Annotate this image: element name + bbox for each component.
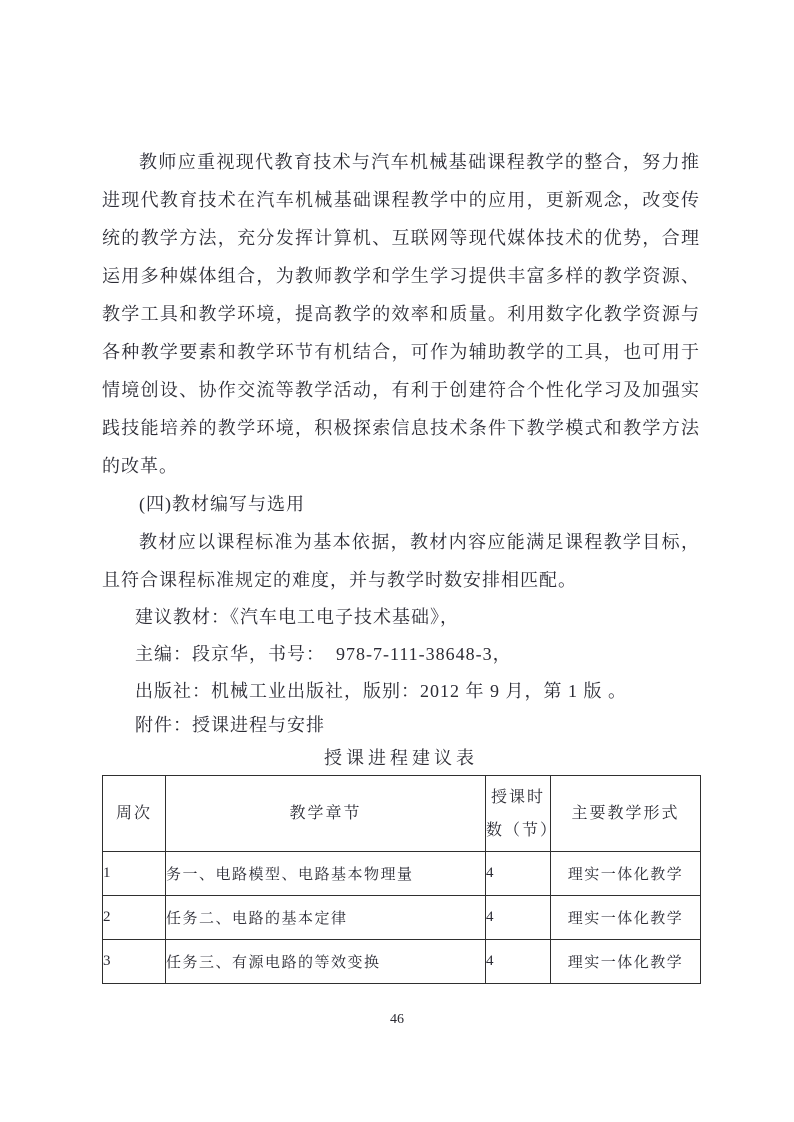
table-header: 周次 教学章节 授课时数（节） 主要教学形式 [103, 776, 701, 852]
table-row: 3 任务三、有源电路的等效变换 4 理实一体化教学 [103, 940, 701, 984]
cell-teaching-form: 理实一体化教学 [551, 852, 701, 896]
line-attachment: 附件：授课进程与安排 [102, 710, 700, 741]
section-heading-textbook-selection: (四)教材编写与选用 [102, 485, 700, 523]
cell-chapter: 务一、电路模型、电路基本物理量 [166, 852, 486, 896]
cell-hours: 4 [486, 896, 551, 940]
paragraph-textbook-basis: 教材应以课程标准为基本依据，教材内容应能满足课程教学目标，且符合课程标准规定的难… [102, 523, 700, 599]
line-publisher-edition: 出版社：机械工业出版社，版别：2012 年 9 月，第 1 版 。 [102, 673, 700, 710]
line-recommended-textbook: 建议教材：《汽车电工电子技术基础》， [102, 599, 700, 636]
col-header-hours: 授课时数（节） [486, 776, 551, 852]
page-number: 46 [0, 1012, 794, 1028]
table-row: 2 任务二、电路的基本定律 4 理实一体化教学 [103, 896, 701, 940]
col-header-teaching-form: 主要教学形式 [551, 776, 701, 852]
cell-teaching-form: 理实一体化教学 [551, 896, 701, 940]
line-editor-isbn: 主编：段京华，书号： 978-7-111-38648-3， [102, 636, 700, 673]
cell-week: 3 [103, 940, 166, 984]
cell-chapter: 任务二、电路的基本定律 [166, 896, 486, 940]
course-schedule-table: 周次 教学章节 授课时数（节） 主要教学形式 1 务一、电路模型、电路基本物理量… [102, 775, 701, 984]
cell-week: 1 [103, 852, 166, 896]
col-header-week: 周次 [103, 776, 166, 852]
cell-hours: 4 [486, 940, 551, 984]
col-header-chapter: 教学章节 [166, 776, 486, 852]
document-page: 教师应重视现代教育技术与汽车机械基础课程教学的整合，努力推进现代教育技术在汽车机… [0, 0, 794, 1122]
table-row: 1 务一、电路模型、电路基本物理量 4 理实一体化教学 [103, 852, 701, 896]
paragraph-teaching-technology: 教师应重视现代教育技术与汽车机械基础课程教学的整合，努力推进现代教育技术在汽车机… [102, 143, 700, 485]
document-body: 教师应重视现代教育技术与汽车机械基础课程教学的整合，努力推进现代教育技术在汽车机… [102, 143, 700, 984]
cell-week: 2 [103, 896, 166, 940]
table-body: 1 务一、电路模型、电路基本物理量 4 理实一体化教学 2 任务二、电路的基本定… [103, 852, 701, 984]
cell-hours: 4 [486, 852, 551, 896]
cell-chapter: 任务三、有源电路的等效变换 [166, 940, 486, 984]
table-title: 授课进程建议表 [102, 745, 700, 772]
table-header-row: 周次 教学章节 授课时数（节） 主要教学形式 [103, 776, 701, 852]
cell-teaching-form: 理实一体化教学 [551, 940, 701, 984]
